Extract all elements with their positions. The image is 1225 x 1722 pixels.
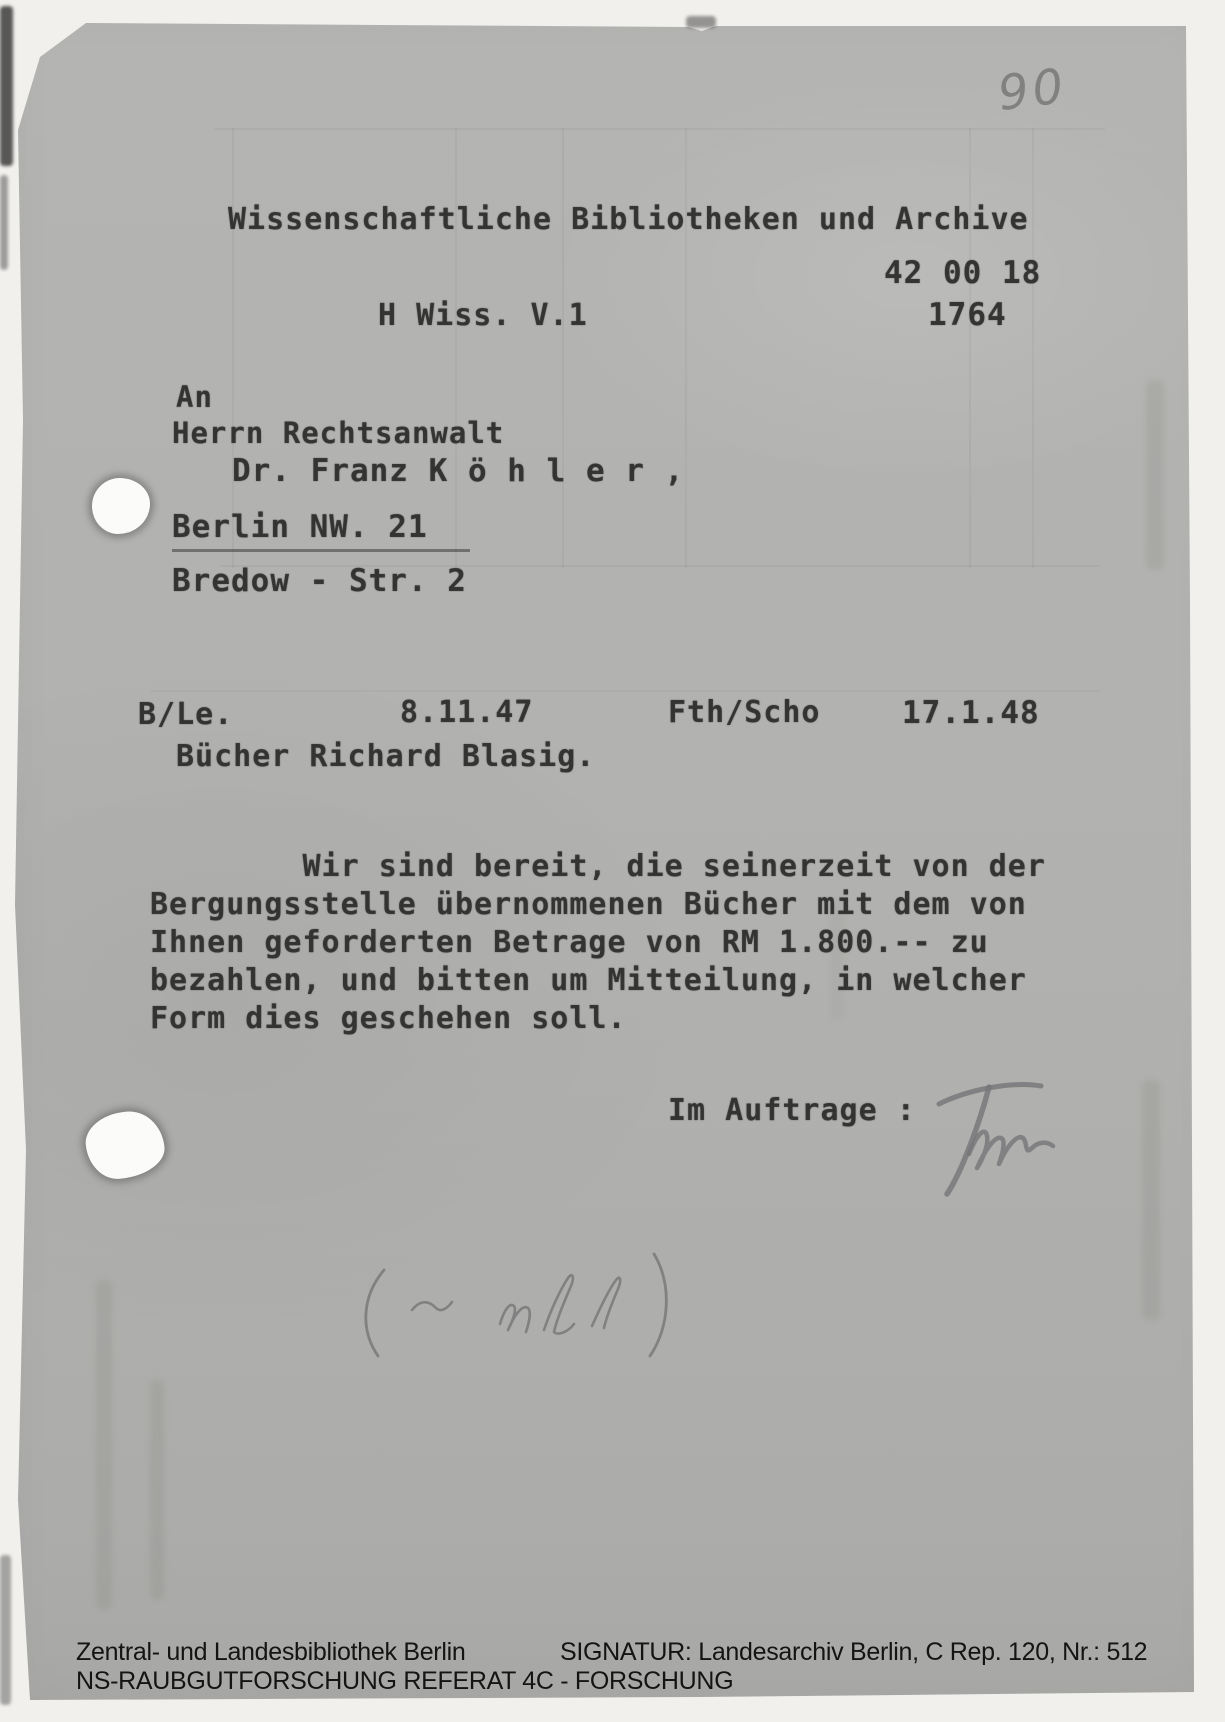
form-line [232, 128, 234, 568]
form-line [562, 128, 564, 568]
form-line [150, 690, 1100, 692]
header-file-number: 42 00 18 [884, 258, 1041, 288]
ref-initials-left: B/Le. [138, 700, 233, 730]
scan-edge-mark [0, 175, 8, 270]
scan-edge-mark [686, 16, 716, 28]
ref-initials-right: Fth/Scho [668, 698, 821, 728]
scan-edge-mark [0, 6, 13, 166]
body-line: Bergungsstelle übernommenen Bücher mit d… [150, 890, 1027, 920]
archive-footer: Zentral- und Landesbibliothek Berlin SIG… [0, 1636, 1225, 1700]
document-scan: 90 Wissenschaftliche Bibliotheken und Ar… [0, 0, 1225, 1722]
recipient-city: Berlin NW. 21 [172, 512, 470, 542]
form-line [215, 128, 1105, 130]
footer-signature-ref: SIGNATUR: Landesarchiv Berlin, C Rep. 12… [560, 1638, 1147, 1667]
form-line [685, 128, 687, 568]
signature-pencil [925, 1072, 1065, 1222]
body-line: bezahlen, und bitten um Mitteilung, in w… [150, 966, 1027, 996]
bleed-through-smudge [150, 1380, 164, 1600]
footer-department: NS-RAUBGUTFORSCHUNG REFERAT 4C - FORSCHU… [76, 1667, 733, 1696]
header-ref-right: 1764 [928, 300, 1007, 330]
header-org-line: Wissenschaftliche Bibliotheken und Archi… [228, 205, 1029, 235]
recipient-line1: Herrn Rechtsanwalt [172, 418, 504, 448]
closing-line: Im Auftrage : [668, 1096, 916, 1126]
form-line [969, 128, 971, 568]
ref-date-left: 8.11.47 [400, 698, 533, 728]
subject-line: Bücher Richard Blasig. [176, 742, 595, 772]
body-line: Form dies geschehen soll. [150, 1004, 627, 1034]
form-line [1032, 128, 1034, 568]
recipient-salutation: An [176, 382, 213, 412]
bleed-through-smudge [1146, 380, 1164, 570]
bleed-through-smudge [96, 1280, 112, 1610]
page-number-pencil: 90 [995, 58, 1070, 122]
body-line: Ihnen geforderten Betrage von RM 1.800.-… [150, 928, 989, 958]
body-line: Wir sind bereit, die seinerzeit von der [150, 852, 1046, 882]
ref-date-right: 17.1.48 [902, 698, 1040, 728]
footer-institution: Zentral- und Landesbibliothek Berlin [76, 1638, 465, 1667]
form-line [455, 128, 457, 568]
bleed-through-smudge [1142, 1080, 1160, 1320]
recipient-street: Bredow - Str. 2 [172, 566, 467, 596]
recipient-city-text: Berlin NW. 21 [172, 509, 470, 552]
recipient-line2: Dr. Franz K ö h l e r , [232, 456, 684, 486]
header-ref-left: H Wiss. V.1 [378, 301, 588, 331]
handwritten-note-pencil [348, 1234, 688, 1369]
